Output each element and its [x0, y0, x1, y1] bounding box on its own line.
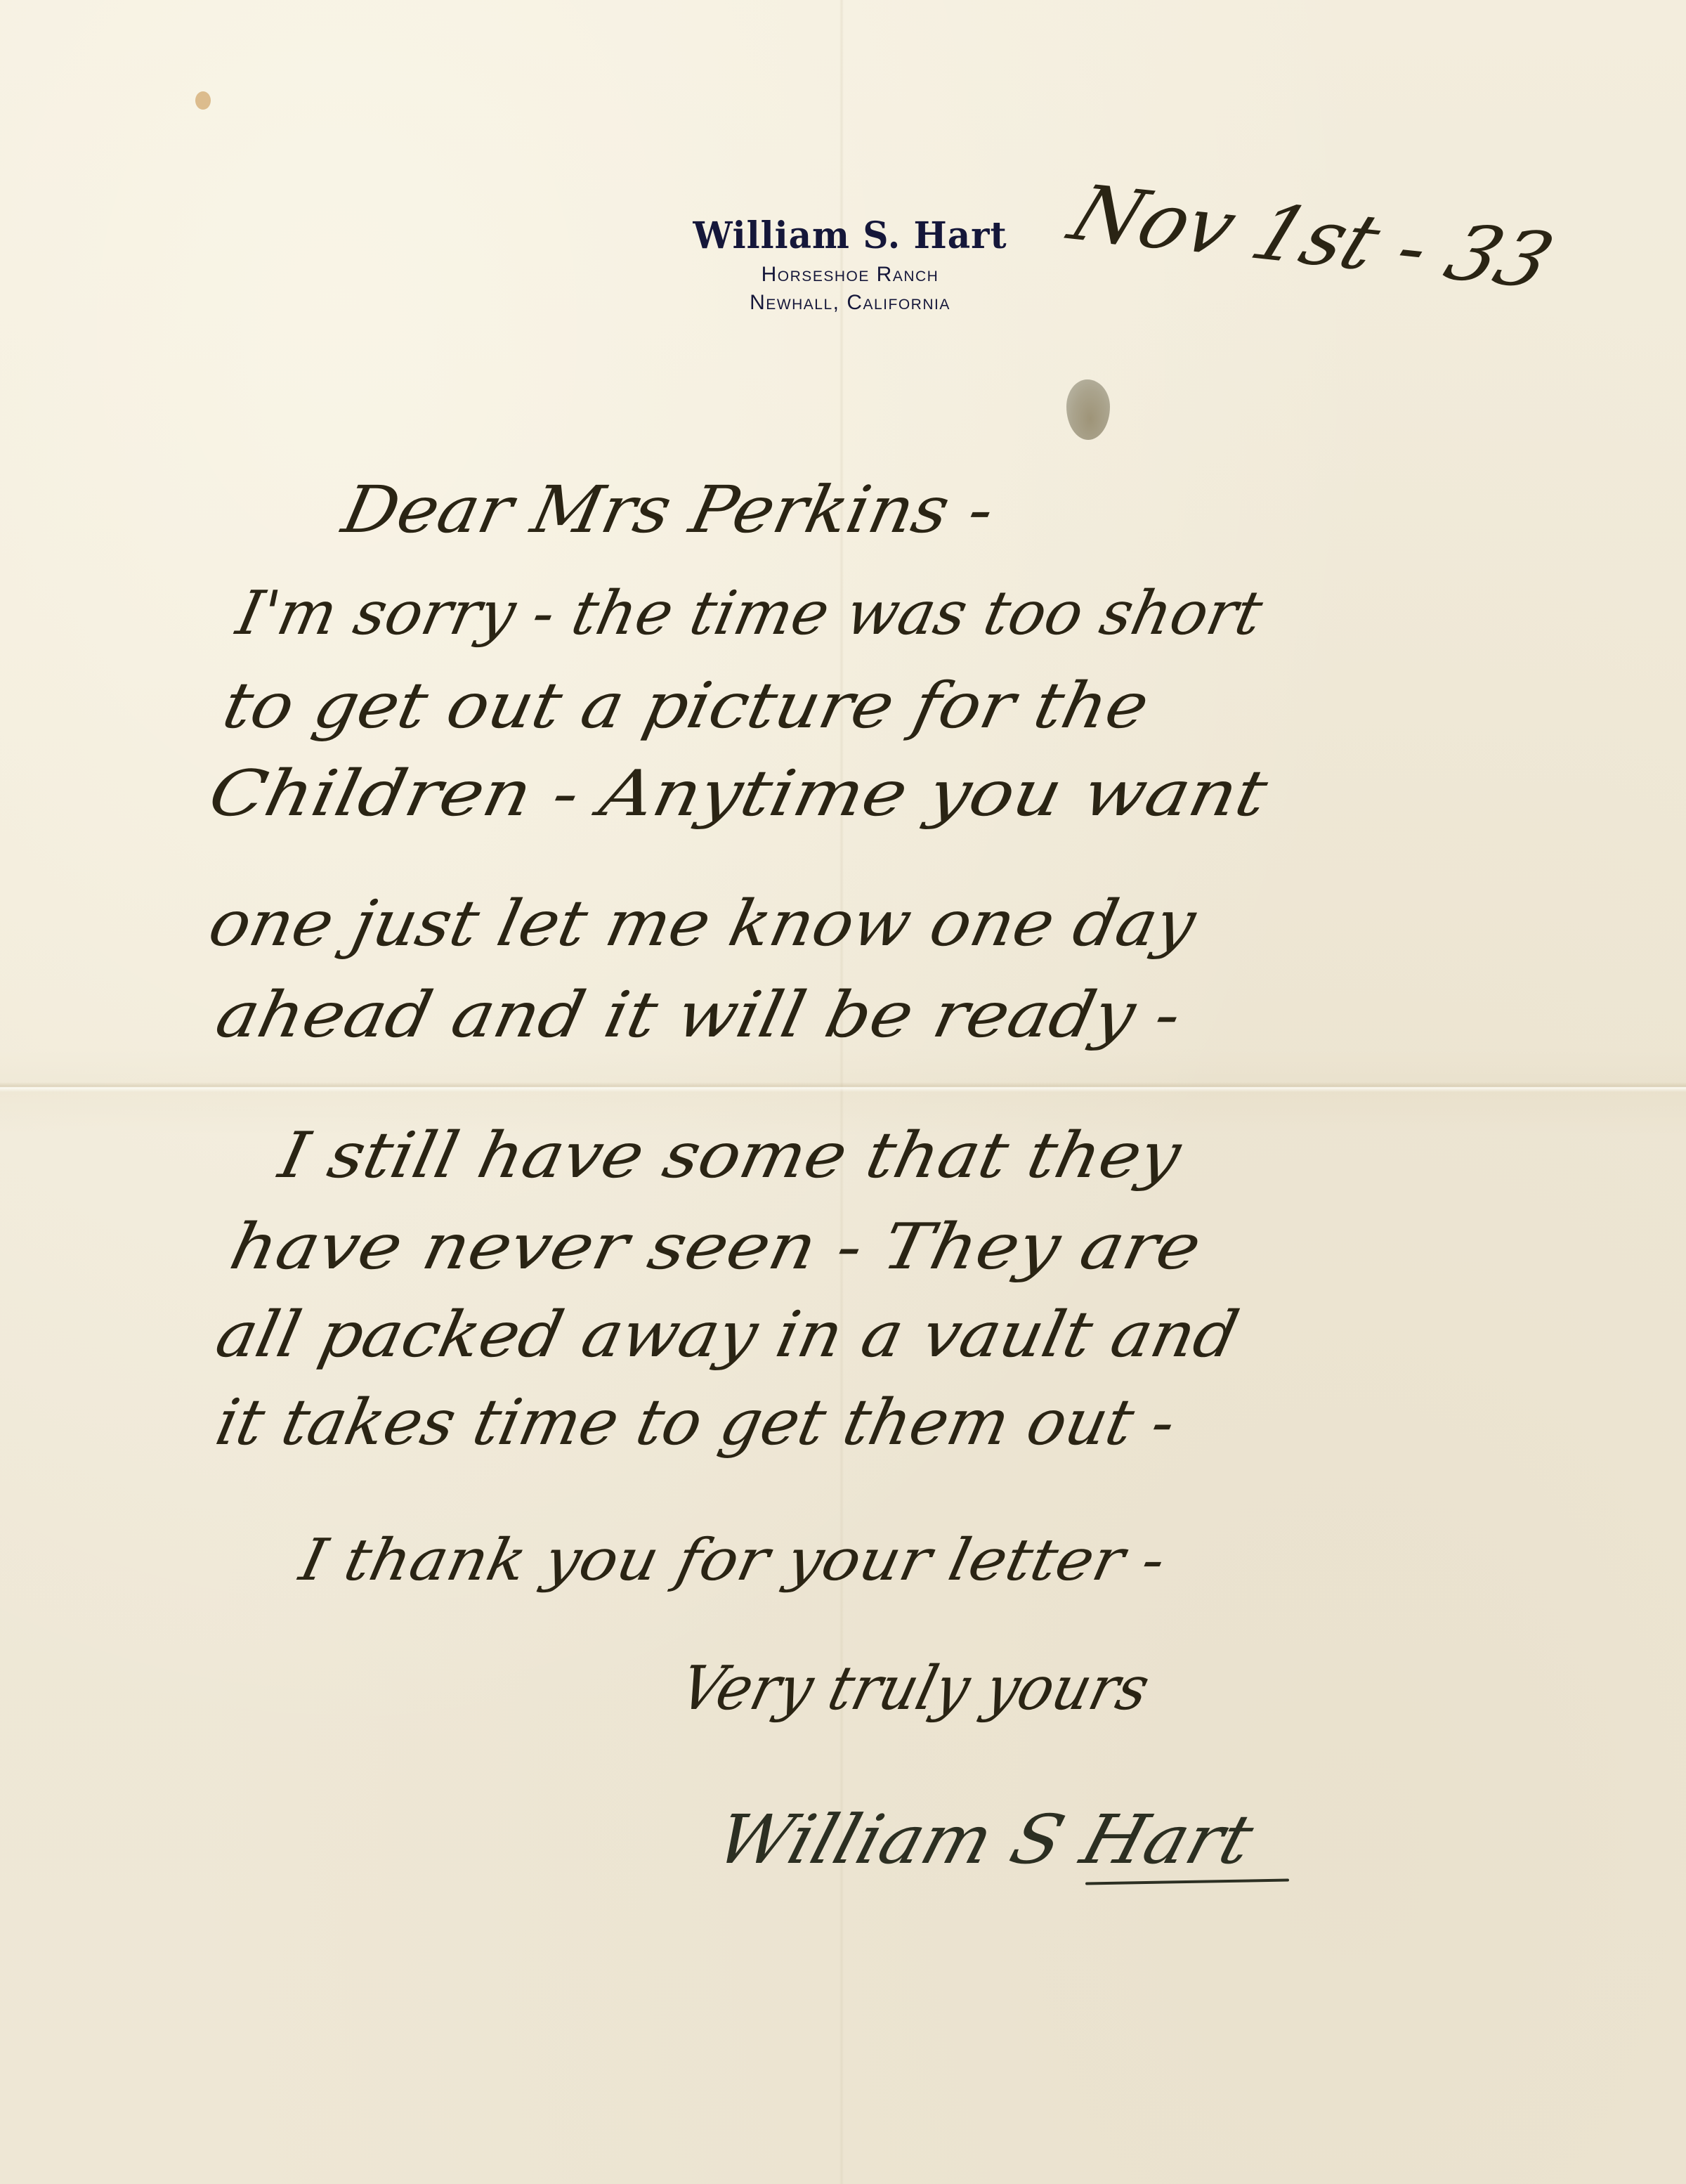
letterhead-name: William S. Hart: [674, 214, 1026, 258]
body-line-3: Children - Anytime you want: [204, 762, 1272, 826]
body-line-5: ahead and it will be ready -: [211, 984, 1187, 1047]
body-line-2: to get out a picture for the: [218, 675, 1154, 738]
body-line-7: have never seen - They are: [225, 1216, 1206, 1279]
salutation: Dear Mrs Perkins -: [337, 478, 1000, 542]
body-line-4: one just let me know one day: [204, 892, 1201, 956]
body-line-8: all packed away in a vault and: [211, 1304, 1243, 1367]
letterhead: William S. Hart Horseshoe Ranch Newhall,…: [674, 214, 1026, 317]
signature: William S Hart: [710, 1806, 1260, 1873]
letterhead-ranch: Horseshoe Ranch: [674, 261, 1026, 289]
body-line-1: I'm sorry - the time was too short: [232, 583, 1267, 644]
body-line-9: it takes time to get them out -: [211, 1391, 1181, 1455]
foxing-spot: [195, 91, 211, 110]
horizontal-fold-crease: [0, 1082, 1686, 1092]
closing: Very truly yours: [674, 1658, 1155, 1719]
letterhead-location: Newhall, California: [674, 289, 1026, 317]
body-line-6: I still have some that they: [274, 1124, 1186, 1188]
thanks-line: I thank you for your letter -: [295, 1532, 1170, 1590]
